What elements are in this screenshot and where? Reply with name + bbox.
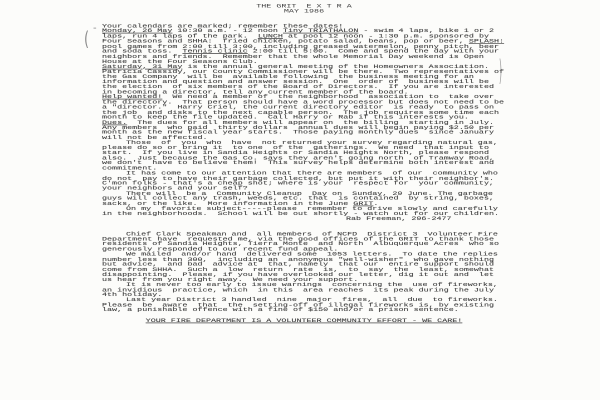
underlined-text: YOUR FIRE DEPARTMENT IS A VOLUNTEER COMM… [146,318,463,324]
text-segment: Rab Freeman, 296-2477 [346,216,452,222]
text-segment: The dues for all members will appear on … [102,120,499,141]
text-segment: is the annual general meeting of the Hom… [102,64,509,95]
text-segment: There will be a Community Cleanup Day on… [102,191,499,207]
newsletter-paragraph: YOUR FIRE DEPARTMENT IS A VOLUNTEER COMM… [102,318,506,323]
newsletter-paragraph: Last year District 3 handled nine major … [102,298,506,313]
text-segment: We need a member of the neighborhood ass… [102,94,509,120]
newsletter-paragraph: Help wanted! We need a member of the nei… [102,95,506,120]
newsletter-paragraph: Chief Clark Speakman and all members of … [102,232,506,252]
newsletter-paragraph: It is never too early to issue warnings … [102,282,506,297]
text-segment: It is never too early to issue warnings … [102,282,503,298]
handwritten-dash-mark: - [93,23,97,34]
newsletter-paragraph: Monday, 26 May 10:30 a.m. - 12 noon Tiny… [102,29,506,65]
newsletter-paragraph: It has come to our attention that there … [102,171,506,191]
newsletter-date: MAY 1986 [102,9,506,14]
text-segment: We mailed and/or hand delivered some 105… [102,251,503,282]
newsletter-body: Your calendars are marked; remember thes… [102,24,506,324]
text-segment: Chief Clark Speakman and all members of … [102,231,504,252]
newsletter-paragraph: Rab Freeman, 296-2477 [102,216,506,221]
handwritten-paren-mark: ( [84,29,89,52]
newsletter-paragraph: Saturday, 31 May is the annual general m… [102,64,506,94]
text-segment: It has come to our attention that there … [102,170,503,191]
scanned-newsletter-page: ( - ) THE GRIT E X T R A MAY 1986 Your c… [0,0,600,400]
newsletter-paragraph: Those of you who have not returned your … [102,140,506,170]
newsletter-paragraph: There will be a Community Cleanup Day on… [102,191,506,206]
text-segment: Last year District 3 handled nine major … [102,297,503,313]
text-segment: Those of you who have not returned your … [102,140,503,171]
newsletter-document: THE GRIT E X T R A MAY 1986 Your calenda… [102,4,506,323]
newsletter-paragraph: Dues. The dues for all members will appe… [102,120,506,140]
newsletter-paragraph: We mailed and/or hand delivered some 105… [102,252,506,282]
